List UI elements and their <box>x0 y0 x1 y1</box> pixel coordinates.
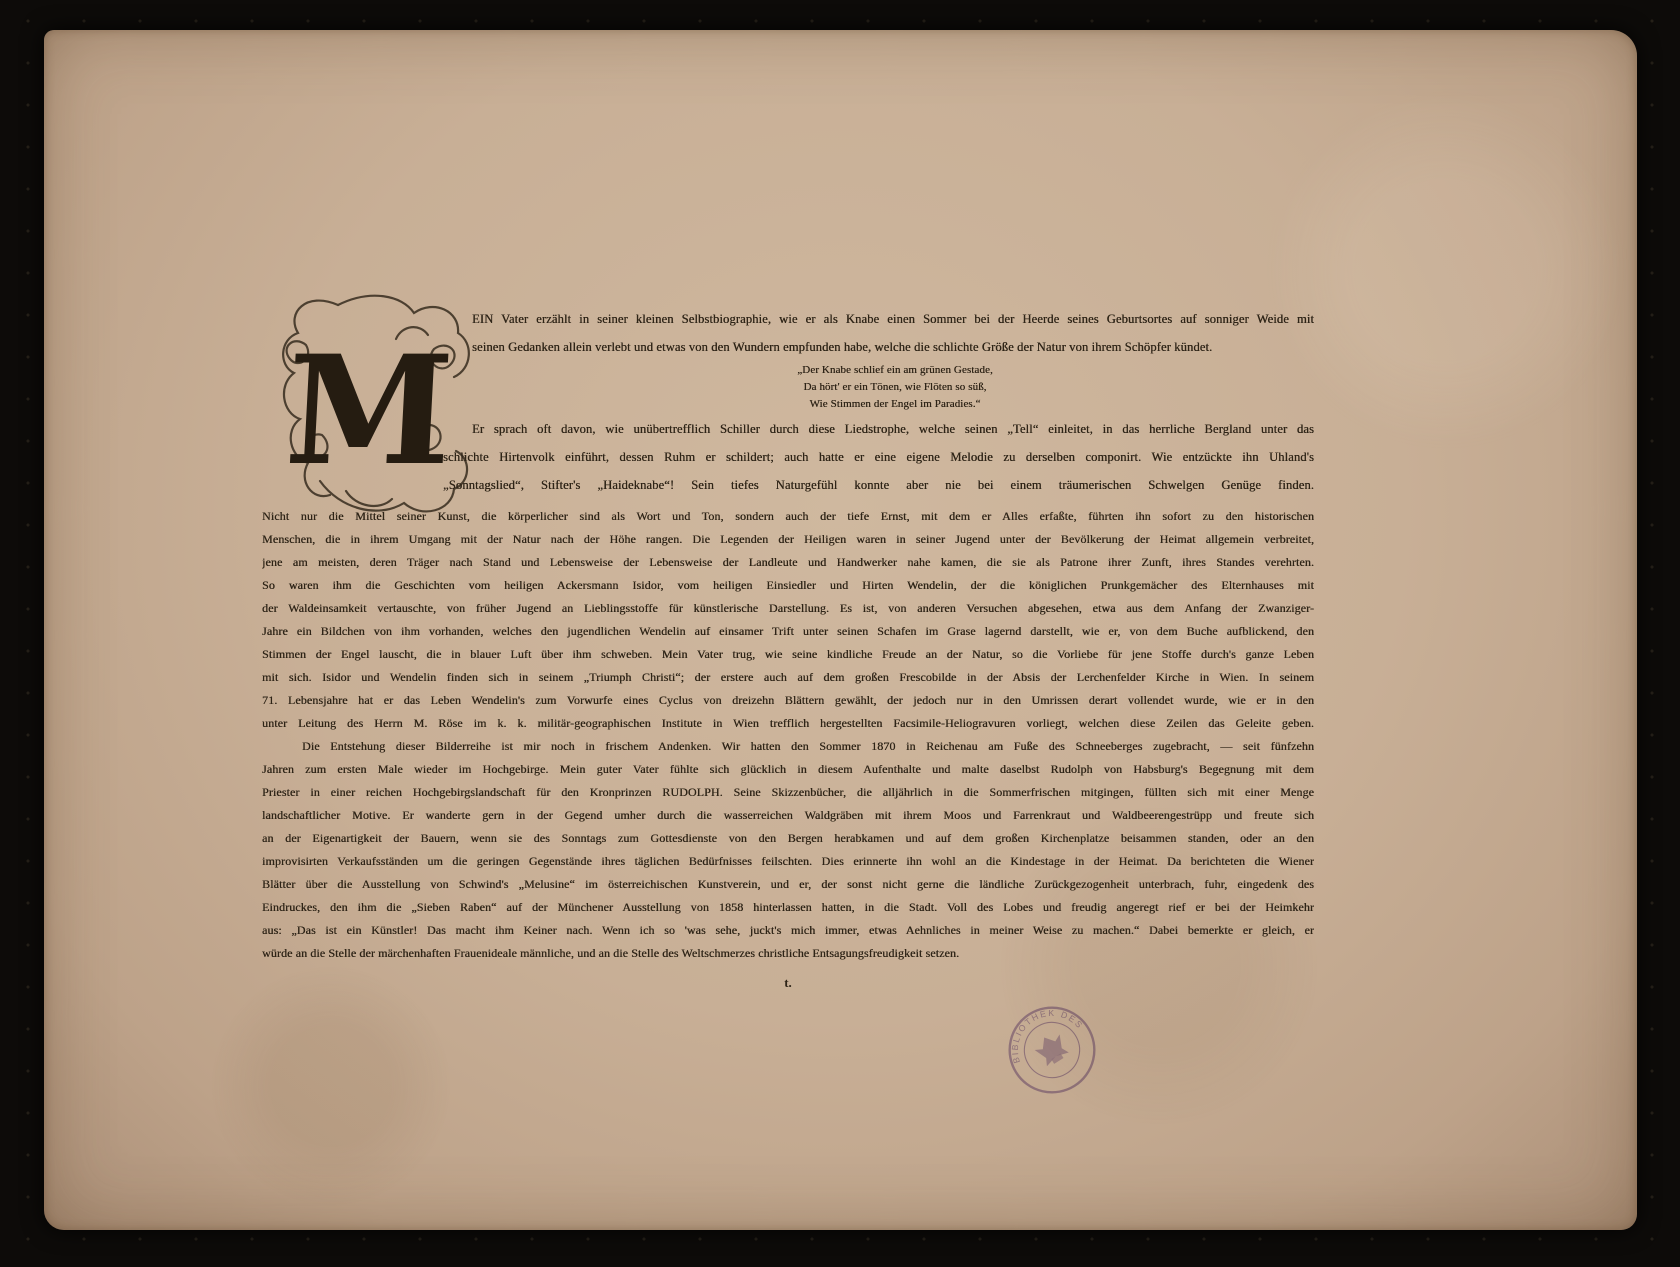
poem-line: „Der Knabe schlief ein am grünen Gestade… <box>595 362 1195 379</box>
text-line: improvisirten Verkaufsständen um die ger… <box>262 850 1314 873</box>
text-line: Blätter über die Ausstellung von Schwind… <box>262 873 1314 896</box>
body-text: Nicht nur die Mittel seiner Kunst, die k… <box>262 505 1314 965</box>
text-line: Jahre ein Bildchen von ihm vorhanden, we… <box>262 620 1314 643</box>
text-line: seinen Gedanken allein verlebt und etwas… <box>472 333 1314 361</box>
text-line: der Waldeinsamkeit vertauschte, von früh… <box>262 597 1314 620</box>
paper-sheet: M EIN Vater erzählt in seiner kleinen Se… <box>44 30 1637 1230</box>
text-line: So waren ihm die Geschichten vom heilige… <box>262 574 1314 597</box>
text-line: unter Leitung des Herrn M. Röse im k. k.… <box>262 712 1314 735</box>
text-line-last: würde an die Stelle der märchenhaften Fr… <box>262 942 1314 965</box>
text-line: Priester in einer reichen Hochgebirgslan… <box>262 781 1314 804</box>
text-line: „Sonntagslied“, Stifter's „Haideknabe“! … <box>443 471 1314 499</box>
paragraph-1: EIN Vater erzählt in seiner kleinen Selb… <box>262 305 1314 361</box>
text-line: 71. Lebensjahre hat er das Leben Wendeli… <box>262 689 1314 712</box>
text-line: aus: „Das ist ein Künstler! Das macht ih… <box>262 919 1314 942</box>
poem-quote: „Der Knabe schlief ein am grünen Gestade… <box>595 362 1195 413</box>
signature-mark: t. <box>262 975 1314 995</box>
text-line: Stimmen der Engel lauscht, die in blauer… <box>262 643 1314 666</box>
text-line: Er sprach oft davon, wie unübertrefflich… <box>472 415 1314 443</box>
text-line: schlichte Hirtenvolk einführt, dessen Ru… <box>443 443 1314 471</box>
stamp-crest-icon <box>1032 1030 1072 1069</box>
text-line: EIN Vater erzählt in seiner kleinen Selb… <box>472 305 1314 333</box>
library-stamp: BIBLIOTHEK DES <box>989 987 1116 1114</box>
text-line: mit sich. Isidor und Wendelin finden sic… <box>262 666 1314 689</box>
poem-line: Wie Stimmen der Engel im Paradies.“ <box>595 396 1195 413</box>
scan-background: { "page": { "kind": "printed book page, … <box>0 0 1680 1267</box>
text-line: Eindruckes, den ihm die „Sieben Raben“ a… <box>262 896 1314 919</box>
poem-line: Da hört' er ein Tönen, wie Flöten so süß… <box>595 379 1195 396</box>
paragraph-2-indented: Er sprach oft davon, wie unübertrefflich… <box>262 415 1314 499</box>
stamp-graphic: BIBLIOTHEK DES <box>989 987 1116 1114</box>
text-line: Menschen, die in ihrem Umgang mit der Na… <box>262 528 1314 551</box>
text-line: Jahren zum ersten Male wieder im Hochgeb… <box>262 758 1314 781</box>
text-line: landschaftlicher Motive. Er wanderte ger… <box>262 804 1314 827</box>
text-line: jene am meisten, deren Träger nach Stand… <box>262 551 1314 574</box>
text-line-paragraph-start: Die Entstehung dieser Bilderreihe ist mi… <box>302 735 1314 758</box>
text-line: an der Eigenartigkeit der Bauern, wenn s… <box>262 827 1314 850</box>
text-line: Nicht nur die Mittel seiner Kunst, die k… <box>262 505 1314 528</box>
